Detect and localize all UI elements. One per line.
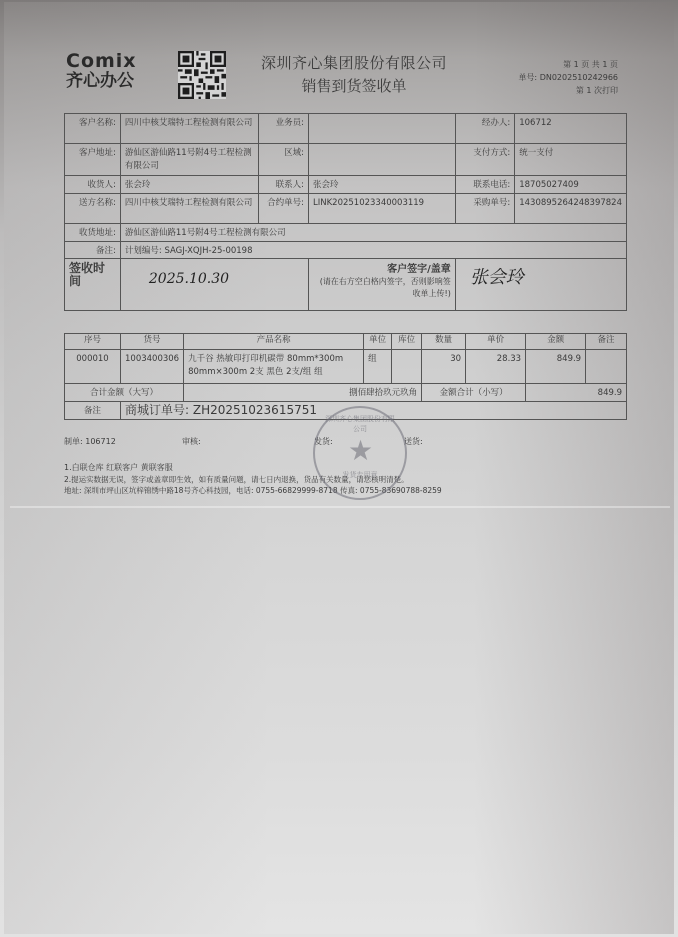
contract-label: 合约单号: (258, 194, 308, 224)
info-row: 备注: 计划编号: SAGJ-XQJH-25-00198 (65, 242, 627, 259)
customer-signature-cell[interactable]: 张会玲 (455, 259, 626, 311)
salesperson (308, 114, 455, 144)
sign-time-cell[interactable]: 2025.10.30 (120, 259, 308, 311)
items-header-row: 序号 货号 产品名称 单位 库位 数量 单价 金额 备注 (65, 334, 627, 350)
col-header: 货号 (121, 334, 184, 350)
payment-label: 支付方式: (455, 144, 514, 176)
col-header: 单价 (466, 334, 526, 350)
company-seal-stamp: 深圳齐心集团股份有限公司 ★ 发货专用章 (313, 406, 407, 500)
item-note (586, 350, 627, 384)
total-upper: 捌佰肆拾玖元玖角 (184, 384, 422, 402)
info-row: 客户地址: 游仙区游仙路11号附4号工程检测有限公司 区域: 支付方式: 统一支… (65, 144, 627, 176)
item-seq: 000010 (65, 350, 121, 384)
stamp-bottom-text: 发货专用章 (333, 470, 387, 480)
handler: 106712 (515, 114, 627, 144)
plan-remark: 计划编号: SAGJ-XQJH-25-00198 (120, 242, 626, 259)
payment-method: 统一支付 (515, 144, 627, 176)
info-row: 收货人: 张会玲 联系人: 张会玲 联系电话: 18705027409 (65, 176, 627, 194)
paper-fold-line (10, 506, 670, 508)
contact: 张会玲 (308, 176, 455, 194)
col-header: 序号 (65, 334, 121, 350)
handwritten-sign-time: 2025.10.30 (149, 271, 229, 287)
items-remark-label: 备注 (65, 402, 121, 420)
info-row: 送方名称: 四川中核艾瑞特工程检测有限公司 合约单号: LINK20251023… (65, 194, 627, 224)
customer-sign-note: (请在右方空白格内签字，否则影响签收单上传!) (313, 276, 451, 300)
ship-to-label: 送方名称: (65, 194, 121, 224)
col-header: 库位 (392, 334, 422, 350)
info-row: 收货地址: 游仙区游仙路11号附4号工程检测有限公司 (65, 224, 627, 242)
salesperson-label: 业务员: (258, 114, 308, 144)
delivery-receipt-page: Comix 齐心办公 深圳齐心集团股份有限公司 销售到货签收单 第 1 页 共 … (4, 2, 674, 934)
customer-address-label: 客户地址: (65, 144, 121, 176)
col-header: 备注 (586, 334, 627, 350)
customer-sign-label: 客户签字/盖章 (313, 263, 451, 276)
purchase-label: 采购单号: (455, 194, 514, 224)
item-location (392, 350, 422, 384)
customer-sign-label-cell: 客户签字/盖章 (请在右方空白格内签字，否则影响签收单上传!) (308, 259, 455, 311)
total-lower-label: 金额合计（小写） (422, 384, 526, 402)
ship-to: 四川中核艾瑞特工程检测有限公司 (120, 194, 258, 224)
logo-cn: 齐心办公 (66, 73, 137, 90)
contract-number: LINK20251023340003119 (308, 194, 455, 224)
customer-name: 四川中核艾瑞特工程检测有限公司 (120, 114, 258, 144)
print-count: 第 1 次打印 (518, 84, 618, 97)
document-meta: 第 1 页 共 1 页 单号: DN0202510242966 第 1 次打印 (518, 58, 618, 97)
item-name: 九千谷 热敏印打印机碳带 80mm*300m 80mm×300m 2支 黑色 2… (184, 350, 364, 384)
maker-label: 制单: (64, 437, 83, 446)
order-number: 单号: DN0202510242966 (518, 71, 618, 84)
qr-code-icon (178, 51, 226, 99)
col-header: 单位 (364, 334, 392, 350)
item-price: 28.33 (466, 350, 526, 384)
remark-label: 备注: (65, 242, 121, 259)
order-number-value: DN0202510242966 (540, 73, 618, 82)
note-1: 1.白联仓库 红联客户 黄联客服 (64, 462, 173, 473)
order-number-label: 单号: (518, 73, 537, 82)
item-sku: 1003400306 (121, 350, 184, 384)
logo-en: Comix (66, 52, 137, 71)
total-upper-label: 合计金额（大写） (65, 384, 184, 402)
page-info: 第 1 页 共 1 页 (518, 58, 618, 71)
delivery-address: 游仙区游仙路11号附4号工程检测有限公司 (120, 224, 626, 242)
receiver: 张会玲 (120, 176, 258, 194)
comix-logo: Comix 齐心办公 (66, 52, 137, 90)
document-title: 销售到货签收单 (254, 75, 454, 96)
item-qty: 30 (422, 350, 466, 384)
table-row: 000010 1003400306 九千谷 热敏印打印机碳带 80mm*300m… (65, 350, 627, 384)
customer-signature: 张会玲 (470, 267, 524, 288)
document-header: 深圳齐心集团股份有限公司 销售到货签收单 (254, 52, 454, 96)
phone-label: 联系电话: (455, 176, 514, 194)
maker: 制单: 106712 (64, 436, 116, 447)
sign-time-label: 签收时间 (65, 259, 121, 311)
deliverer-label: 送货: (404, 436, 423, 447)
signature-row: 签收时间 2025.10.30 客户签字/盖章 (请在右方空白格内签字，否则影响… (65, 259, 627, 311)
star-icon: ★ (348, 434, 373, 467)
reviewer-label: 审核: (182, 436, 201, 447)
col-header: 金额 (526, 334, 586, 350)
col-header: 产品名称 (184, 334, 364, 350)
receiver-label: 收货人: (65, 176, 121, 194)
col-header: 数量 (422, 334, 466, 350)
purchase-number: 1430895264248397824 (515, 194, 627, 224)
maker-value: 106712 (85, 437, 116, 446)
customer-info-table: 客户名称: 四川中核艾瑞特工程检测有限公司 业务员: 经办人: 106712 客… (64, 113, 627, 311)
company-name: 深圳齐心集团股份有限公司 (254, 52, 454, 73)
stamp-ring-text: 深圳齐心集团股份有限公司 (323, 414, 397, 434)
customer-name-label: 客户名称: (65, 114, 121, 144)
items-table: 序号 货号 产品名称 单位 库位 数量 单价 金额 备注 000010 1003… (64, 333, 627, 420)
total-lower: 849.9 (526, 384, 627, 402)
info-row: 客户名称: 四川中核艾瑞特工程检测有限公司 业务员: 经办人: 106712 (65, 114, 627, 144)
delivery-address-label: 收货地址: (65, 224, 121, 242)
handler-label: 经办人: (455, 114, 514, 144)
phone: 18705027409 (515, 176, 627, 194)
region (308, 144, 455, 176)
contact-label: 联系人: (258, 176, 308, 194)
region-label: 区域: (258, 144, 308, 176)
customer-address: 游仙区游仙路11号附4号工程检测有限公司 (120, 144, 258, 176)
totals-row: 合计金额（大写） 捌佰肆拾玖元玖角 金额合计（小写） 849.9 (65, 384, 627, 402)
item-unit: 组 (364, 350, 392, 384)
item-amount: 849.9 (526, 350, 586, 384)
